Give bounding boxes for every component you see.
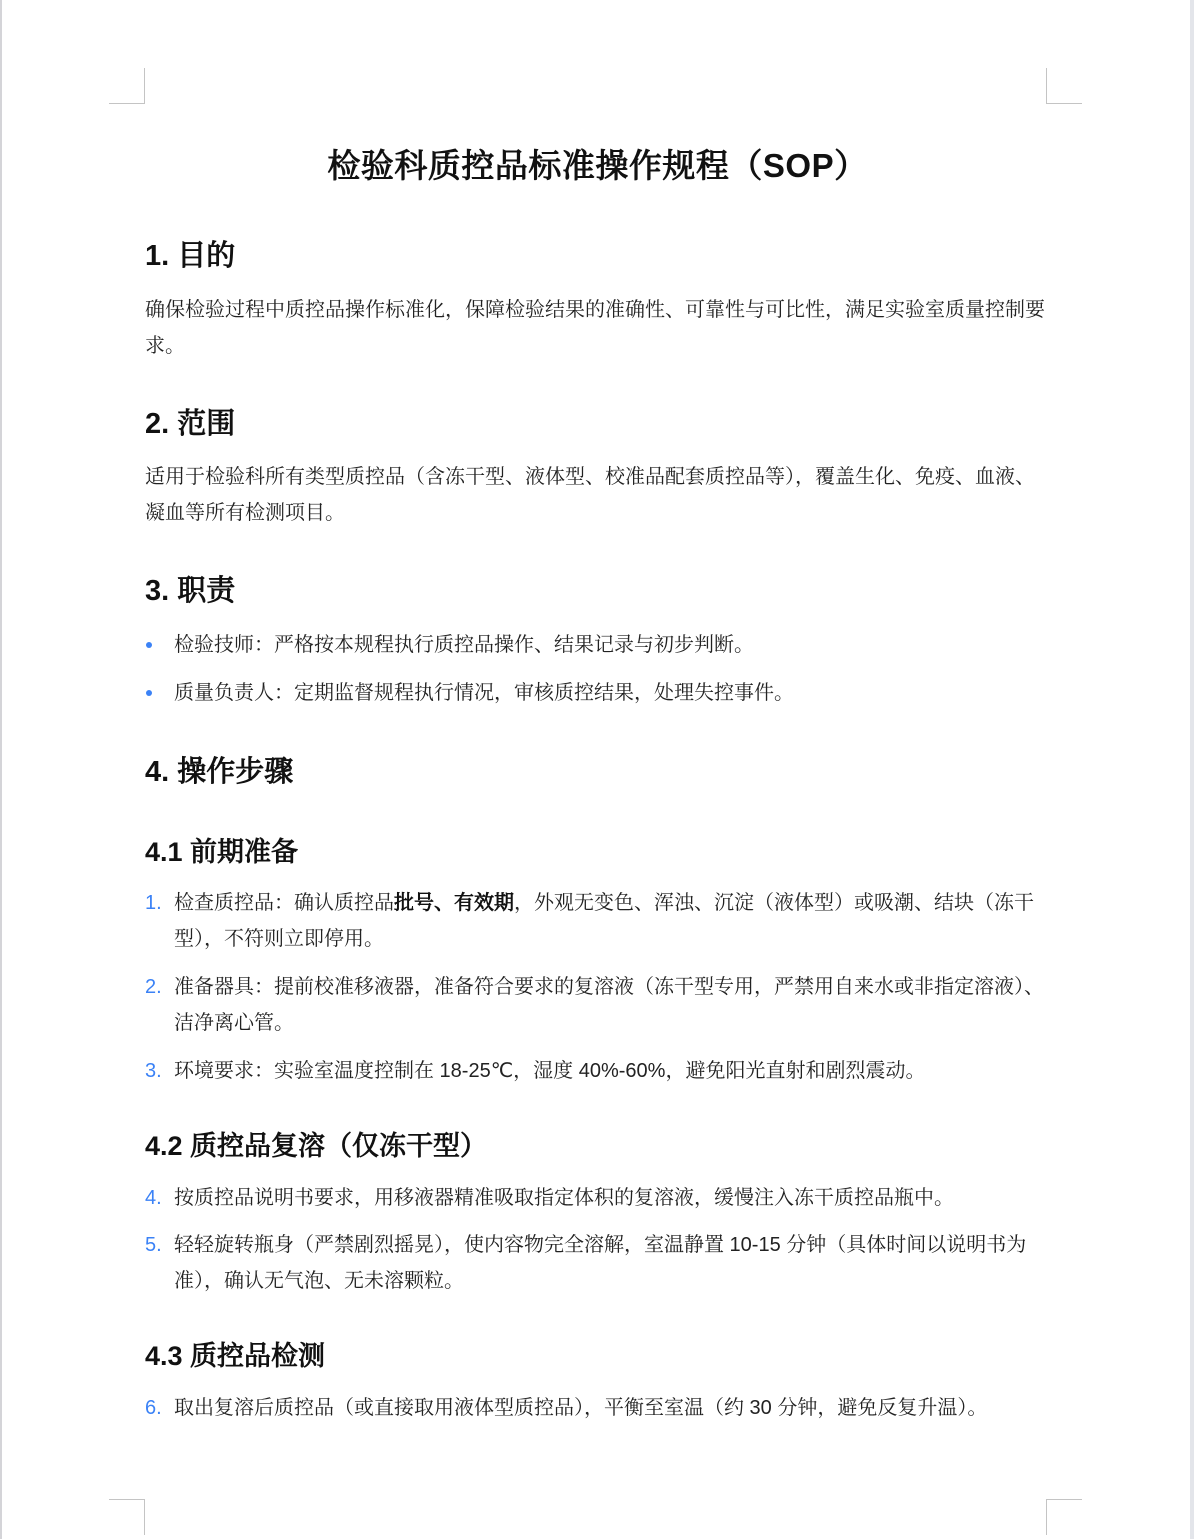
numbered-list-item: 2. 准备器具：提前校准移液器，准备符合要求的复溶液（冻干型专用，严禁用自来水或… (145, 969, 1050, 1041)
section-paragraph-purpose: 确保检验过程中质控品操作标准化，保障检验结果的准确性、可靠性与可比性，满足实验室… (145, 292, 1050, 364)
bullet-dot-icon (146, 690, 152, 696)
list-number: 6. (145, 1390, 162, 1426)
bullet-text: 检验技师：严格按本规程执行质控品操作、结果记录与初步判断。 (174, 627, 1050, 663)
numbered-list-item: 6. 取出复溶后质控品（或直接取用液体型质控品），平衡至室温（约 30 分钟，避… (145, 1390, 1050, 1426)
document-title: 检验科质控品标准操作规程（SOP） (145, 140, 1050, 187)
page-left-edge (0, 0, 2, 1539)
bullet-list-item: 检验技师：严格按本规程执行质控品操作、结果记录与初步判断。 (145, 627, 1050, 663)
section-heading-purpose: 1. 目的 (145, 233, 235, 274)
list-text: 取出复溶后质控品（或直接取用液体型质控品），平衡至室温（约 30 分钟，避免反复… (174, 1390, 1050, 1426)
numbered-list-item: 3. 环境要求：实验室温度控制在 18-25℃，湿度 40%-60%，避免阳光直… (145, 1053, 1050, 1089)
section-heading-scope: 2. 范围 (145, 401, 235, 442)
list-number: 5. (145, 1227, 162, 1263)
section-paragraph-scope: 适用于检验科所有类型质控品（含冻干型、液体型、校准品配套质控品等），覆盖生化、免… (145, 459, 1050, 531)
list-text: 环境要求：实验室温度控制在 18-25℃，湿度 40%-60%，避免阳光直射和剧… (174, 1053, 1050, 1089)
bullet-dot-icon (146, 642, 152, 648)
list-number: 4. (145, 1180, 162, 1216)
bullet-text: 质量负责人：定期监督规程执行情况，审核质控结果，处理失控事件。 (174, 675, 1050, 711)
section-heading-responsibilities: 3. 职责 (145, 568, 235, 609)
list-text-prefix: 检查质控品：确认质控品 (174, 892, 394, 914)
list-number: 1. (145, 885, 162, 921)
margin-corner-top-left (109, 68, 145, 104)
numbered-list-item: 1. 检查质控品：确认质控品批号、有效期，外观无变色、浑浊、沉淀（液体型）或吸潮… (145, 885, 1050, 957)
list-number: 3. (145, 1053, 162, 1089)
numbered-list-item: 5. 轻轻旋转瓶身（严禁剧烈摇晃），使内容物完全溶解，室温静置 10-15 分钟… (145, 1227, 1050, 1299)
list-number: 2. (145, 969, 162, 1005)
list-text: 轻轻旋转瓶身（严禁剧烈摇晃），使内容物完全溶解，室温静置 10-15 分钟（具体… (174, 1227, 1050, 1299)
numbered-list-item: 4. 按质控品说明书要求，用移液器精准吸取指定体积的复溶液，缓慢注入冻干质控品瓶… (145, 1180, 1050, 1216)
page-right-edge (1190, 0, 1194, 1539)
list-text-emphasis: 批号、有效期 (394, 892, 514, 914)
list-text: 按质控品说明书要求，用移液器精准吸取指定体积的复溶液，缓慢注入冻干质控品瓶中。 (174, 1180, 1050, 1216)
subsection-heading-preparation: 4.1 前期准备 (145, 830, 298, 869)
bullet-list-item: 质量负责人：定期监督规程执行情况，审核质控结果，处理失控事件。 (145, 675, 1050, 711)
list-text: 准备器具：提前校准移液器，准备符合要求的复溶液（冻干型专用，严禁用自来水或非指定… (174, 969, 1050, 1041)
subsection-heading-reconstitution: 4.2 质控品复溶（仅冻干型） (145, 1124, 487, 1163)
margin-corner-bottom-left (109, 1499, 145, 1535)
margin-corner-bottom-right (1046, 1499, 1082, 1535)
margin-corner-top-right (1046, 68, 1082, 104)
list-text: 检查质控品：确认质控品批号、有效期，外观无变色、浑浊、沉淀（液体型）或吸潮、结块… (174, 885, 1050, 957)
subsection-heading-testing: 4.3 质控品检测 (145, 1334, 325, 1373)
section-heading-procedure: 4. 操作步骤 (145, 749, 293, 790)
